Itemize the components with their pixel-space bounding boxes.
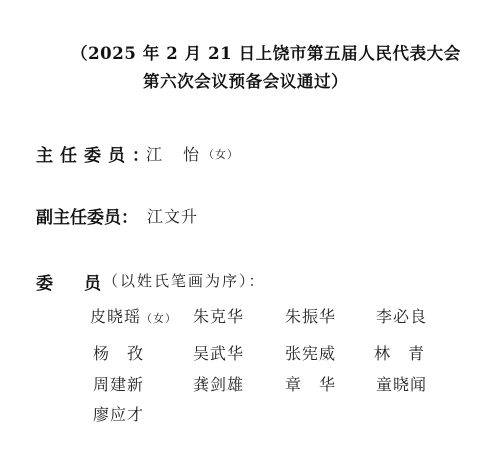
members-label-part-1: 委 — [36, 269, 53, 294]
member-name: 皮晓瑶 — [90, 307, 141, 326]
member-item: 吴武华 — [193, 341, 244, 364]
member-item: 朱克华 — [193, 304, 244, 327]
member-gender-note: （女） — [141, 312, 177, 325]
director-name-given: 怡 — [183, 142, 200, 165]
member-item: 林 青 — [374, 341, 425, 364]
member-item: 杨 孜 — [93, 341, 144, 364]
member-item: 张宪威 — [285, 341, 336, 364]
member-item: 童晓闻 — [376, 372, 427, 395]
deputy-director-name: 江文升 — [147, 204, 198, 227]
title-line-1: （2025 年 2 月 21 日上饶市第五届人民代表大会 — [71, 40, 461, 64]
deputy-director-label: 副主任委员： — [36, 203, 138, 228]
members-order-note: （以姓氏笔画为序）： — [103, 270, 266, 291]
member-item: 章 华 — [285, 372, 336, 395]
member-item: 廖应才 — [93, 402, 144, 425]
director-label: 主任委员： — [36, 141, 156, 166]
member-item: 周建新 — [93, 372, 144, 395]
member-item: 朱振华 — [285, 304, 336, 327]
member-item: 龚剑雄 — [193, 372, 244, 395]
director-gender-note: （女） — [203, 146, 239, 162]
member-item: 李必良 — [376, 304, 427, 327]
members-label-part-2: 员 — [84, 269, 101, 294]
director-name-surname: 江 — [146, 142, 163, 165]
title-line-2: 第六次会议预备会议通过） — [143, 68, 348, 92]
member-item: 皮晓瑶（女） — [90, 304, 177, 327]
